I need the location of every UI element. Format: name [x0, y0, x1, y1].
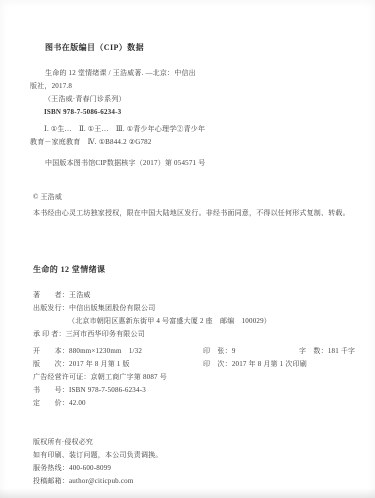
- cip-title-line-cont: 版社，2017.8: [30, 82, 72, 91]
- printer-row: 承 印 者：三河市西华印务有限公司: [33, 330, 145, 339]
- email-row: 投稿邮箱：author@citicpub.com: [33, 477, 133, 486]
- ad-license-row: 广告经营许可证：京朝工商广字第 8087 号: [33, 373, 167, 382]
- edition-label: 版 次：: [33, 360, 69, 368]
- edition-row: 版 次：2017 年 8 月第 1 版: [33, 360, 130, 369]
- edition-value: 2017 年 8 月第 1 版: [69, 360, 130, 368]
- format-row: 开 本：880mm×1230mm 1/32: [33, 347, 142, 356]
- book-copyright-page: 图书在版编目（CIP）数据 生命的 12 堂情绪课 / 王浩威著. —北京：中信…: [0, 0, 375, 498]
- cip-heading: 图书在版编目（CIP）数据: [45, 43, 144, 53]
- cip-classification-line1: Ⅰ. ①生… Ⅱ. ①王… Ⅲ. ①青少年心理学②青少年: [44, 125, 205, 134]
- book-number-value: ISBN 978-7-5086-6234-3: [69, 386, 146, 394]
- author-label: 著 者：: [33, 291, 69, 299]
- format-label: 开 本：: [33, 347, 69, 355]
- license-notice: 本书经由心灵工坊独家授权，限在中国大陆地区发行。非经书面同意，不得以任何形式复制…: [33, 209, 350, 218]
- hotline-number: 400-600-8099: [69, 464, 111, 472]
- word-count-row: 字 数：181 千字: [299, 347, 355, 356]
- exchange-notice: 如有印刷、装订问题，本公司负责调换。: [33, 451, 163, 460]
- word-count-label: 字 数：: [299, 347, 328, 355]
- publisher-value: 中信出版集团股份有限公司: [69, 304, 155, 312]
- impression-row: 印 次：2017 年 8 月第 1 次印刷: [203, 360, 307, 369]
- publisher-row: 出版发行：中信出版集团股份有限公司: [33, 304, 155, 313]
- impression-label: 印 次：: [203, 360, 232, 368]
- copyright-owner: © 王浩威: [33, 193, 62, 202]
- ad-license-label: 广告经营许可证：: [33, 373, 91, 381]
- all-rights-reserved: 版权所有·侵权必究: [33, 438, 93, 447]
- hotline-row: 服务热线：400-600-8099: [33, 464, 111, 473]
- price-value: 42.00: [69, 399, 86, 407]
- cip-title-line: 生命的 12 堂情绪课 / 王浩威著. —北京：中信出: [45, 69, 196, 78]
- book-title: 生命的 12 堂情绪课: [33, 265, 105, 275]
- sheets-row: 印 张：9: [203, 347, 236, 356]
- email-label: 投稿邮箱：: [33, 477, 69, 485]
- book-number-row: 书 号：ISBN 978-7-5086-6234-3: [33, 386, 146, 395]
- cip-classification-line2: 教育－家庭教育 Ⅳ. ①B844.2 ②G782: [30, 138, 152, 147]
- price-row: 定 价：42.00: [33, 399, 86, 408]
- hotline-label: 服务热线：: [33, 464, 69, 472]
- ad-license-value: 京朝工商广字第 8087 号: [91, 373, 167, 381]
- publisher-label: 出版发行：: [33, 304, 69, 312]
- cip-isbn: ISBN 978-7-5086-6234-3: [44, 108, 121, 117]
- format-value: 880mm×1230mm 1/32: [69, 347, 142, 355]
- author-value: 王浩威: [69, 291, 91, 299]
- cip-series-line: （王浩威·青春门诊系列）: [44, 95, 126, 104]
- impression-value: 2017 年 8 月第 1 次印刷: [232, 360, 307, 368]
- printer-value: 三河市西华印务有限公司: [66, 330, 145, 338]
- email-address: author@citicpub.com: [69, 477, 133, 485]
- cip-record-number: 中国版本图书馆CIP数据核字（2017）第 054571 号: [45, 159, 205, 168]
- printer-label: 承 印 者：: [33, 330, 66, 338]
- book-number-label: 书 号：: [33, 386, 69, 394]
- word-count-value: 181 千字: [328, 347, 355, 355]
- publisher-address: （北京市朝阳区惠新东街甲 4 号富盛大厦 2 座 邮编 100029）: [68, 317, 271, 326]
- author-row: 著 者：王浩威: [33, 291, 91, 300]
- sheets-value: 9: [232, 347, 236, 355]
- price-label: 定 价：: [33, 399, 69, 407]
- sheets-label: 印 张：: [203, 347, 232, 355]
